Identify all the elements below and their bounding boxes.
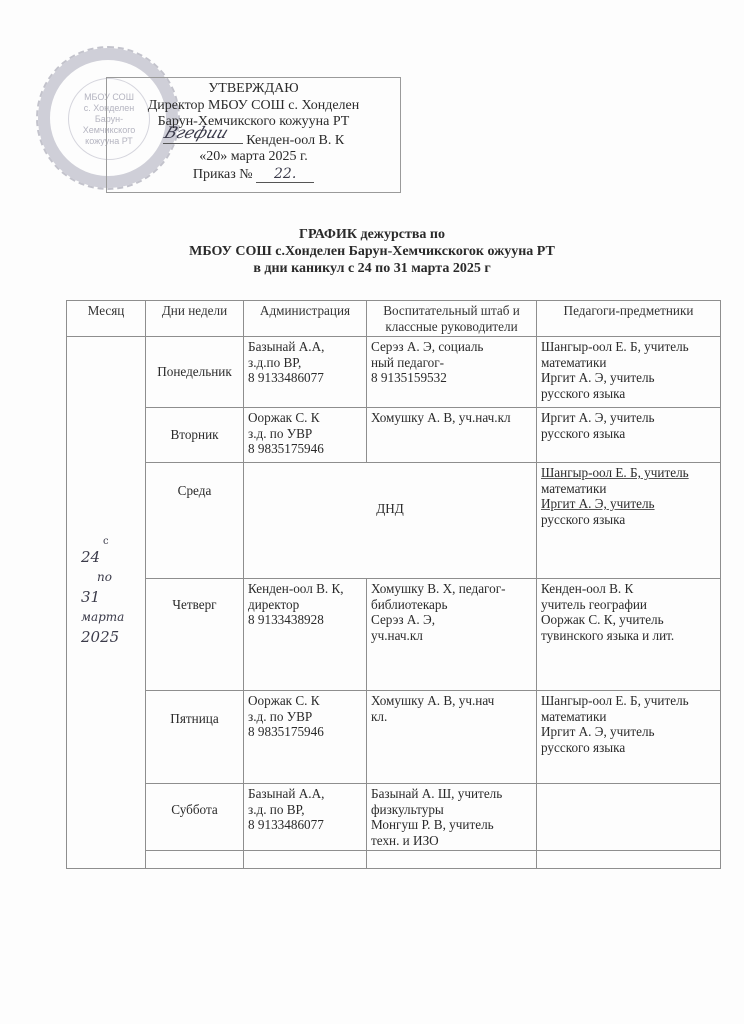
cell-line: Шангыр-оол Е. Б, учитель — [541, 465, 716, 481]
day-monday: Понедельник — [146, 337, 244, 408]
cell-line: Серэз А. Э, — [371, 612, 532, 628]
order-number: 22. — [256, 166, 314, 184]
cell-line: кл. — [371, 709, 532, 725]
admin-cell: Кенден-оол В. К,директор8 9133438928 — [244, 579, 367, 691]
table-row-empty — [67, 851, 721, 869]
cell-line: 8 9835175946 — [248, 441, 362, 457]
cell-line: Шангыр-оол Е. Б, учитель — [541, 339, 716, 355]
teachers-cell: Шангыр-оол Е. Б, учительматематикиИргит … — [537, 463, 721, 579]
empty-cell — [146, 851, 244, 869]
header-administration: Администрация — [244, 301, 367, 337]
admin-cell: Базынай А.А,з.д. по ВР,8 9133486077 — [244, 784, 367, 851]
cell-line: Кенден-оол В. К — [541, 581, 716, 597]
cell-line: физкультуры — [371, 802, 532, 818]
cell-line: Базынай А. Ш, учитель — [371, 786, 532, 802]
table-row: Четверг Кенден-оол В. К,директор8 913343… — [67, 579, 721, 691]
admin-cell: Ооржак С. Кз.д. по УВР8 9835175946 — [244, 691, 367, 784]
teachers-cell: Кенден-оол В. Кучитель географииОоржак С… — [537, 579, 721, 691]
cell-line: 8 9133486077 — [248, 817, 362, 833]
admin-cell: Базынай А.А,з.д.по ВР,8 9133486077 — [244, 337, 367, 408]
document-title: ГРАФИК дежурства по МБОУ СОШ с.Хонделен … — [0, 226, 744, 277]
hand-month: марта — [81, 607, 124, 627]
cell-line: библиотекарь — [371, 597, 532, 613]
day-tuesday: Вторник — [146, 408, 244, 463]
approval-heading: УТВЕРЖДАЮ — [107, 81, 400, 98]
cell-line: учитель географии — [541, 597, 716, 613]
hand-from-day: 24 — [81, 548, 100, 566]
cell-line: техн. и ИЗО — [371, 833, 532, 849]
cell-line: Серэз А. Э, социаль — [371, 339, 532, 355]
hand-to-day: 31 — [81, 587, 124, 607]
staff-cell: Серэз А. Э, социальный педагог-8 9135159… — [367, 337, 537, 408]
day-friday: Пятница — [146, 691, 244, 784]
cell-line: Шангыр-оол Е. Б, учитель — [541, 693, 716, 709]
admin-cell: Ооржак С. Кз.д. по УВР8 9835175946 — [244, 408, 367, 463]
cell-line: з.д. по УВР — [248, 709, 362, 725]
cell-line: Иргит А. Э, учитель — [541, 724, 716, 740]
cell-line: Ооржак С. К, учитель — [541, 612, 716, 628]
header-weekday: Дни недели — [146, 301, 244, 337]
approval-order: Приказ № 22. — [107, 166, 400, 184]
cell-line: Хомушку В. Х, педагог- — [371, 581, 532, 597]
staff-cell: Хомушку В. Х, педагог-библиотекарьСерэз … — [367, 579, 537, 691]
cell-line: Ооржак С. К — [248, 410, 362, 426]
day-thursday: Четверг — [146, 579, 244, 691]
approval-signature-line: Вгефии Кенден-оол В. К — [107, 131, 400, 150]
staff-cell: Базынай А. Ш, учительфизкультурыМонгуш Р… — [367, 784, 537, 851]
cell-line: 8 9835175946 — [248, 724, 362, 740]
table-header-row: Месяц Дни недели Администрация Воспитате… — [67, 301, 721, 337]
hand-year: 2025 — [81, 627, 124, 647]
day-saturday: Суббота — [146, 784, 244, 851]
teachers-cell: Иргит А. Э, учительрусского языка — [537, 408, 721, 463]
approval-block: УТВЕРЖДАЮ Директор МБОУ СОШ с. Хонделен … — [106, 77, 401, 193]
title-line-2: МБОУ СОШ с.Хонделен Барун-Хемчикскогок о… — [0, 243, 744, 260]
hand-from-prefix: с — [103, 537, 124, 547]
cell-line: Базынай А.А, — [248, 786, 362, 802]
empty-cell — [367, 851, 537, 869]
title-line-3: в дни каникул с 24 по 31 марта 2025 г — [0, 260, 744, 277]
dnd-merged-cell: ДНД — [244, 463, 537, 579]
cell-line: 8 9133438928 — [248, 612, 362, 628]
empty-cell — [244, 851, 367, 869]
title-line-1: ГРАФИК дежурства по — [0, 226, 744, 243]
signature-scribble: Вгефии — [162, 125, 230, 142]
teachers-cell: Шангыр-оол Е. Б, учительматематикиИргит … — [537, 691, 721, 784]
cell-line: Монгуш Р. В, учитель — [371, 817, 532, 833]
teachers-cell: Шангыр-оол Е. Б, учительматематикиИргит … — [537, 337, 721, 408]
handwritten-period: с 24 по 31 марта 2025 — [81, 537, 124, 647]
cell-line: русского языка — [541, 386, 716, 402]
table-row: Вторник Ооржак С. Кз.д. по УВР8 98351759… — [67, 408, 721, 463]
cell-line: тувинского языка и лит. — [541, 628, 716, 644]
table-row: Среда ДНД Шангыр-оол Е. Б, учительматема… — [67, 463, 721, 579]
cell-line: Иргит А. Э, учитель — [541, 496, 716, 512]
teachers-cell — [537, 784, 721, 851]
cell-line: з.д. по УВР — [248, 426, 362, 442]
cell-line: Хомушку А. В, уч.нач.кл — [371, 410, 532, 426]
cell-line: русского языка — [541, 740, 716, 756]
header-subject-teachers: Педагоги-предметники — [537, 301, 721, 337]
cell-line: ный педагог- — [371, 355, 532, 371]
empty-cell — [537, 851, 721, 869]
table-row: Пятница Ооржак С. Кз.д. по УВР8 98351759… — [67, 691, 721, 784]
cell-line: Иргит А. Э, учитель — [541, 410, 716, 426]
day-wednesday: Среда — [146, 463, 244, 579]
cell-line: математики — [541, 481, 716, 497]
approval-date: «20» марта 2025 г. — [107, 149, 400, 166]
staff-cell: Хомушку А. В, уч.нач.кл — [367, 408, 537, 463]
header-educational-staff: Воспитательный штаб и классные руководит… — [367, 301, 537, 337]
cell-line: Иргит А. Э, учитель — [541, 370, 716, 386]
staff-cell: Хомушку А. В, уч.начкл. — [367, 691, 537, 784]
cell-line: уч.нач.кл — [371, 628, 532, 644]
cell-line: Хомушку А. В, уч.нач — [371, 693, 532, 709]
header-month: Месяц — [67, 301, 146, 337]
approval-district: Барун-Хемчикского кожууна РТ — [107, 114, 400, 131]
cell-line: 8 9135159532 — [371, 370, 532, 386]
cell-line: математики — [541, 355, 716, 371]
cell-line: Базынай А.А, — [248, 339, 362, 355]
cell-line: директор — [248, 597, 362, 613]
duty-schedule-table: Месяц Дни недели Администрация Воспитате… — [66, 300, 721, 869]
order-label: Приказ № — [193, 167, 253, 182]
cell-line: математики — [541, 709, 716, 725]
table-row: Суббота Базынай А.А,з.д. по ВР,8 9133486… — [67, 784, 721, 851]
signer-name: Кенден-оол В. К — [246, 133, 344, 148]
cell-line: Кенден-оол В. К, — [248, 581, 362, 597]
cell-line: русского языка — [541, 426, 716, 442]
cell-line: з.д. по ВР, — [248, 802, 362, 818]
cell-line: русского языка — [541, 512, 716, 528]
cell-line: з.д.по ВР, — [248, 355, 362, 371]
cell-line: 8 9133486077 — [248, 370, 362, 386]
hand-po: по — [97, 567, 124, 587]
month-cell: с 24 по 31 марта 2025 — [67, 337, 146, 869]
table-row: с 24 по 31 марта 2025 Понедельник Базына… — [67, 337, 721, 408]
signature: Вгефии — [163, 131, 243, 144]
approval-position: Директор МБОУ СОШ с. Хонделен — [107, 98, 400, 115]
cell-line: Ооржак С. К — [248, 693, 362, 709]
